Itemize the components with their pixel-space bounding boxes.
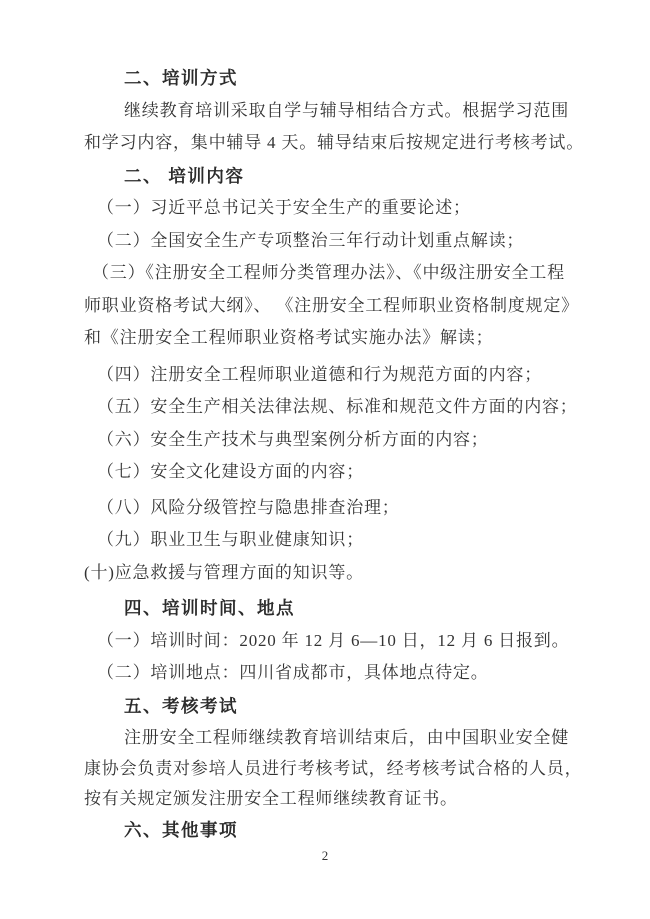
list-item-9: （九）职业卫生与职业健康知识； [84, 524, 584, 557]
list-item-4: （四）注册安全工程师职业道德和行为规范方面的内容； [84, 359, 584, 392]
heading-section-6-other-matters: 六、其他事项 [84, 814, 584, 847]
list-item-2: （二）全国安全生产专项整治三年行动计划重点解读； [84, 225, 584, 258]
list-item-3: （三）《注册安全工程师分类管理办法》、《中级注册安全工程 [84, 257, 584, 290]
list-item-time: （一）培训时间：2020 年 12 月 6—10 日，12 月 6 日报到。 [84, 625, 584, 658]
list-item-8: （八）风险分级管控与隐患排查治理； [84, 492, 584, 525]
page-number: 2 [0, 848, 650, 864]
list-item-3-continuation: 师职业资格考试大纲》、 《注册安全工程师职业资格制度规定》 [84, 290, 584, 323]
heading-section-5-assessment-exam: 五、考核考试 [84, 690, 584, 723]
heading-section-4-time-place: 四、培训时间、地点 [84, 592, 584, 625]
list-item-10: (十)应急救援与管理方面的知识等。 [84, 557, 584, 590]
list-item-5: （五）安全生产相关法律法规、标准和规范文件方面的内容； [84, 391, 584, 424]
heading-section-3-training-content: 二、 培训内容 [84, 160, 584, 193]
document-page: 二、培训方式 继续教育培训采取自学与辅导相结合方式。根据学习范围 和学习内容，集… [0, 0, 650, 919]
paragraph-line: 和学习内容，集中辅导 4 天。辅导结束后按规定进行考核考试。 [84, 127, 584, 160]
paragraph-line: 继续教育培训采取自学与辅导相结合方式。根据学习范围 [84, 95, 584, 128]
heading-section-2-training-method: 二、培训方式 [84, 62, 584, 95]
list-item-7: （七）安全文化建设方面的内容； [84, 456, 584, 489]
paragraph-line: 注册安全工程师继续教育培训结束后，由中国职业安全健 [84, 722, 584, 755]
list-item-place: （二）培训地点：四川省成都市，具体地点待定。 [84, 657, 584, 690]
list-item-1: （一）习近平总书记关于安全生产的重要论述； [84, 192, 584, 225]
list-item-6: （六）安全生产技术与典型案例分析方面的内容； [84, 424, 584, 457]
paragraph-line: 康协会负责对参培人员进行考核考试，经考核考试合格的人员， [84, 753, 584, 786]
document-body: 二、培训方式 继续教育培训采取自学与辅导相结合方式。根据学习范围 和学习内容，集… [84, 62, 584, 846]
list-item-3-continuation: 和《注册安全工程师职业资格考试实施办法》解读； [84, 322, 584, 355]
paragraph-line: 按有关规定颁发注册安全工程师继续教育证书。 [84, 783, 584, 816]
